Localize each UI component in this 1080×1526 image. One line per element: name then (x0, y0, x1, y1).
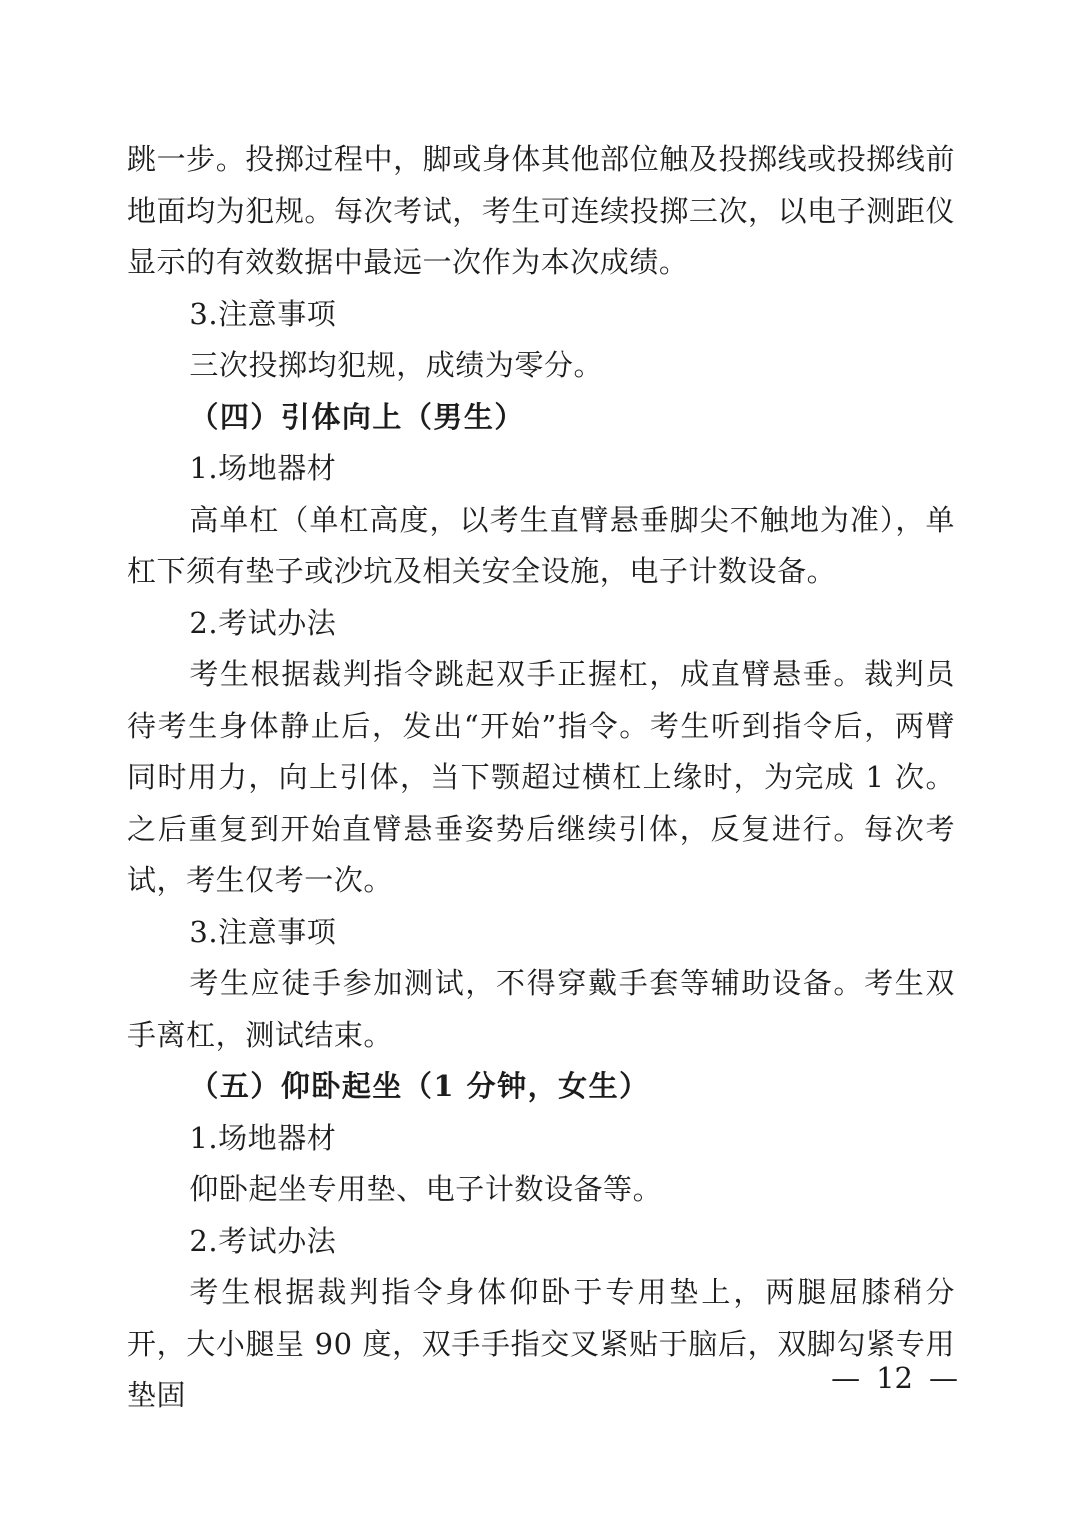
paragraph-venue-equipment-label-2: 1.场地器材 (127, 1113, 955, 1165)
paragraph-pullup-notes: 考生应徒手参加测试，不得穿戴手套等辅助设备。考生双手离杠，测试结束。 (127, 958, 955, 1061)
document-page: 跳一步。投掷过程中，脚或身体其他部位触及投掷线或投掷线前地面均为犯规。每次考试，… (0, 0, 1080, 1526)
paragraph-venue-equipment-label-1: 1.场地器材 (127, 443, 955, 495)
paragraph-situp-method: 考生根据裁判指令身体仰卧于专用垫上，两腿屈膝稍分开，大小腿呈 90 度，双手手指… (127, 1267, 955, 1422)
page-number: 12 (876, 1358, 913, 1398)
paragraph-pullup-equipment: 高单杠（单杠高度，以考生直臂悬垂脚尖不触地为准），单杠下须有垫子或沙坑及相关安全… (127, 495, 955, 598)
footer-dash-right: — (929, 1361, 958, 1395)
section-heading-pullups: （四）引体向上（男生） (127, 392, 955, 444)
paragraph-notes-label-pullup: 3.注意事项 (127, 907, 955, 959)
footer-dash-left: — (831, 1361, 860, 1395)
page-footer: —12— (831, 1358, 958, 1398)
paragraph-pullup-method: 考生根据裁判指令跳起双手正握杠，成直臂悬垂。裁判员待考生身体静止后，发出“开始”… (127, 649, 955, 907)
paragraph-exam-method-label-2: 2.考试办法 (127, 1216, 955, 1268)
document-text-block: 跳一步。投掷过程中，脚或身体其他部位触及投掷线或投掷线前地面均为犯规。每次考试，… (127, 134, 955, 1422)
paragraph-throw-fouls-continuation: 跳一步。投掷过程中，脚或身体其他部位触及投掷线或投掷线前地面均为犯规。每次考试，… (127, 134, 955, 289)
paragraph-situp-equipment: 仰卧起坐专用垫、电子计数设备等。 (127, 1164, 955, 1216)
section-heading-situps: （五）仰卧起坐（1 分钟，女生） (127, 1061, 955, 1113)
paragraph-notes-label-throw: 3.注意事项 (127, 289, 955, 341)
paragraph-exam-method-label-1: 2.考试办法 (127, 598, 955, 650)
paragraph-throw-zero-score: 三次投掷均犯规，成绩为零分。 (127, 340, 955, 392)
